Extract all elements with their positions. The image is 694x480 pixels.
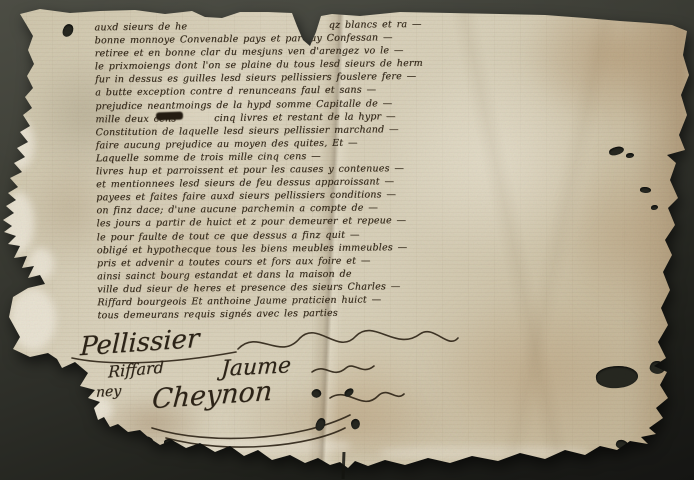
paper-grain-texture xyxy=(0,0,694,480)
scan-background: auxd sieurs de he qz blancs et ra —bonne… xyxy=(0,0,694,480)
paper-shadow-wrapper: auxd sieurs de he qz blancs et ra —bonne… xyxy=(0,0,694,480)
document-paper: auxd sieurs de he qz blancs et ra —bonne… xyxy=(0,0,694,480)
